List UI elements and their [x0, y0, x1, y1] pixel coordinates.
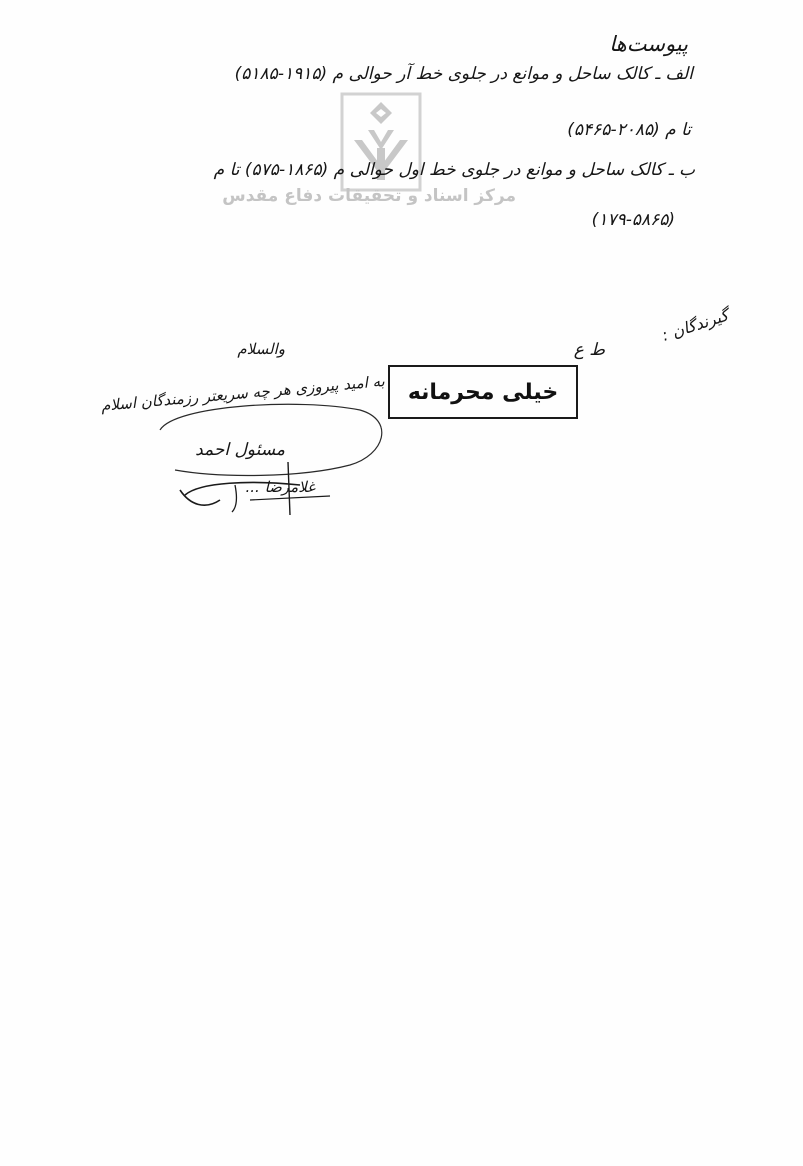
signatory-title: مسئول احمد — [195, 440, 285, 460]
attachment-b-line1: ب ـ کالک ساحل و موانع در جلوی خط اول حوا… — [214, 160, 695, 180]
attachment-a-line1: الف ـ کالک ساحل و موانع در جلوی خط آر حو… — [235, 64, 693, 84]
attachment-b-line2: (۱۷۹-۵۸۶۵) — [592, 210, 675, 230]
attachment-a-line2: تا م (۲۰۸۵-۵۴۶۵) — [567, 120, 691, 140]
recipients-label: گیرندگان : — [660, 305, 731, 344]
closing-salutation: والسلام — [237, 340, 285, 358]
recipients-item: ط ع — [574, 340, 605, 360]
watermark-text: مرکز اسناد و تحقیقات دفاع مقدس — [246, 186, 516, 206]
attachments-heading: پیوست‌ها — [609, 32, 688, 56]
closing-wish: به امید پیروزی هر چه سریعتر رزمندگان اسل… — [101, 372, 386, 415]
signatory-name: غلامرضا ... — [246, 478, 316, 496]
document-page: مرکز اسناد و تحقیقات دفاع مقدس پیوست‌ها … — [0, 0, 803, 1166]
classification-stamp: خیلی محرمانه — [388, 365, 578, 419]
